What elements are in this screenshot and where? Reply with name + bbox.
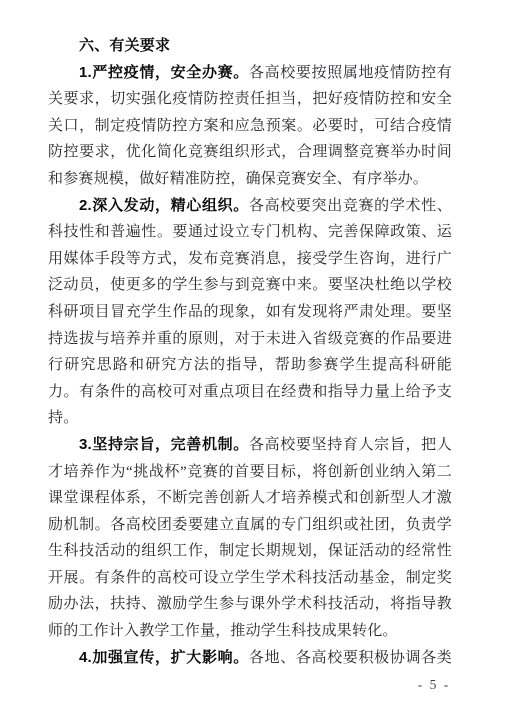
text-run: 关要求，切实强化疫情防控责任担当，把好疫情防控和安全 xyxy=(48,91,452,107)
text-run: 关口，制定疫情防控方案和应急预案。必要时，可结合疫情 xyxy=(48,118,452,134)
text-line: 3.坚持宗旨，完善机制。各高校要坚持育人宗旨，把人 xyxy=(48,432,452,459)
text-line: 和参赛规模，做好精准防控，确保竞赛安全、有序举办。 xyxy=(48,166,452,193)
text-line: 生科技活动的组织工作，制定长期规划，保证活动的经常性 xyxy=(48,538,452,565)
text-run-bold: 六、有关要求 xyxy=(79,37,170,54)
text-line: 力。有条件的高校可对重点项目在经费和指导力量上给予支 xyxy=(48,379,452,406)
text-line: 防控要求，优化简化竞赛组织形式，合理调整竞赛举办时间 xyxy=(48,139,452,166)
text-run: 师的工作计入教学工作量，推动学生科技成果转化。 xyxy=(48,623,398,639)
text-run: 用媒体手段等方式，发布竞赛消息，接受学生咨询，进行广 xyxy=(48,251,452,267)
text-run-bold: 2.深入发动，精心组织。 xyxy=(79,197,249,214)
text-run: 科研项目冒充学生作品的现象，如有发现将严肃处理。要坚 xyxy=(48,304,452,320)
text-line: 开展。有条件的高校可设立学生学术科技活动基金，制定奖 xyxy=(48,565,452,592)
text-line: 1.严控疫情，安全办赛。各高校要按照属地疫情防控有 xyxy=(48,60,452,87)
text-run-bold: 3.坚持宗旨，完善机制。 xyxy=(79,436,249,453)
text-run: 各高校要突出竞赛的学术性、 xyxy=(249,198,452,214)
text-run: 开展。有条件的高校可设立学生学术科技活动基金，制定奖 xyxy=(48,570,452,586)
text-run-bold: 1.严控疫情，安全办赛。 xyxy=(79,64,249,81)
text-line: 行研究思路和研究方法的指导，帮助参赛学生提高科研能 xyxy=(48,352,452,379)
text-line: 师的工作计入教学工作量，推动学生科技成果转化。 xyxy=(48,618,452,645)
text-line: 六、有关要求 xyxy=(48,33,452,60)
text-line: 关口，制定疫情防控方案和应急预案。必要时，可结合疫情 xyxy=(48,113,452,140)
text-run: 各高校要按照属地疫情防控有 xyxy=(249,65,452,81)
text-run: 各地、各高校要积极协调各类 xyxy=(249,650,452,666)
text-run: 持。 xyxy=(48,410,78,426)
text-run: 防控要求，优化简化竞赛组织形式，合理调整竞赛举办时间 xyxy=(48,144,452,160)
text-run: 和参赛规模，做好精准防控，确保竞赛安全、有序举办。 xyxy=(48,171,428,187)
page-number: - 5 - xyxy=(404,676,464,694)
text-line: 关要求，切实强化疫情防控责任担当，把好疫情防控和安全 xyxy=(48,86,452,113)
text-line: 4.加强宣传，扩大影响。各地、各高校要积极协调各类 xyxy=(48,645,452,672)
document-page: 六、有关要求1.严控疫情，安全办赛。各高校要按照属地疫情防控有关要求，切实强化疫… xyxy=(0,0,507,724)
text-run: 行研究思路和研究方法的指导，帮助参赛学生提高科研能 xyxy=(48,357,452,373)
text-run: 力。有条件的高校可对重点项目在经费和指导力量上给予支 xyxy=(48,384,452,400)
text-line: 励机制。各高校团委要建立直属的专门组织或社团，负责学 xyxy=(48,512,452,539)
text-line: 课堂课程体系，不断完善创新人才培养模式和创新型人才激 xyxy=(48,485,452,512)
text-run: 泛动员，使更多的学生参与到竞赛中来。要坚决杜绝以学校 xyxy=(48,277,452,293)
text-line: 持选拔与培养并重的原则，对于未进入省级竞赛的作品要进 xyxy=(48,326,452,353)
text-line: 科研项目冒充学生作品的现象，如有发现将严肃处理。要坚 xyxy=(48,299,452,326)
text-run-bold: 4.加强宣传，扩大影响。 xyxy=(79,649,249,666)
text-line: 科技性和普遍性。要通过设立专门机构、完善保障政策、运 xyxy=(48,219,452,246)
text-line: 持。 xyxy=(48,405,452,432)
text-line: 用媒体手段等方式，发布竞赛消息，接受学生咨询，进行广 xyxy=(48,246,452,273)
text-run: 科技性和普遍性。要通过设立专门机构、完善保障政策、运 xyxy=(48,224,452,240)
text-line: 才培养作为“挑战杯”竞赛的首要目标，将创新创业纳入第二 xyxy=(48,459,452,486)
text-run: 各高校要坚持育人宗旨，把人 xyxy=(249,437,452,453)
document-text-block: 六、有关要求1.严控疫情，安全办赛。各高校要按照属地疫情防控有关要求，切实强化疫… xyxy=(48,33,452,671)
text-run: 励机制。各高校团委要建立直属的专门组织或社团，负责学 xyxy=(48,517,452,533)
text-run: 励办法，扶持、激励学生参与课外学术科技活动，将指导教 xyxy=(48,596,452,612)
text-line: 励办法，扶持、激励学生参与课外学术科技活动，将指导教 xyxy=(48,591,452,618)
text-line: 泛动员，使更多的学生参与到竞赛中来。要坚决杜绝以学校 xyxy=(48,272,452,299)
text-run: 生科技活动的组织工作，制定长期规划，保证活动的经常性 xyxy=(48,543,452,559)
text-run: 才培养作为“挑战杯”竞赛的首要目标，将创新创业纳入第二 xyxy=(48,464,452,480)
text-run: 课堂课程体系，不断完善创新人才培养模式和创新型人才激 xyxy=(48,490,452,506)
text-run: 持选拔与培养并重的原则，对于未进入省级竞赛的作品要进 xyxy=(48,331,452,347)
text-line: 2.深入发动，精心组织。各高校要突出竞赛的学术性、 xyxy=(48,193,452,220)
